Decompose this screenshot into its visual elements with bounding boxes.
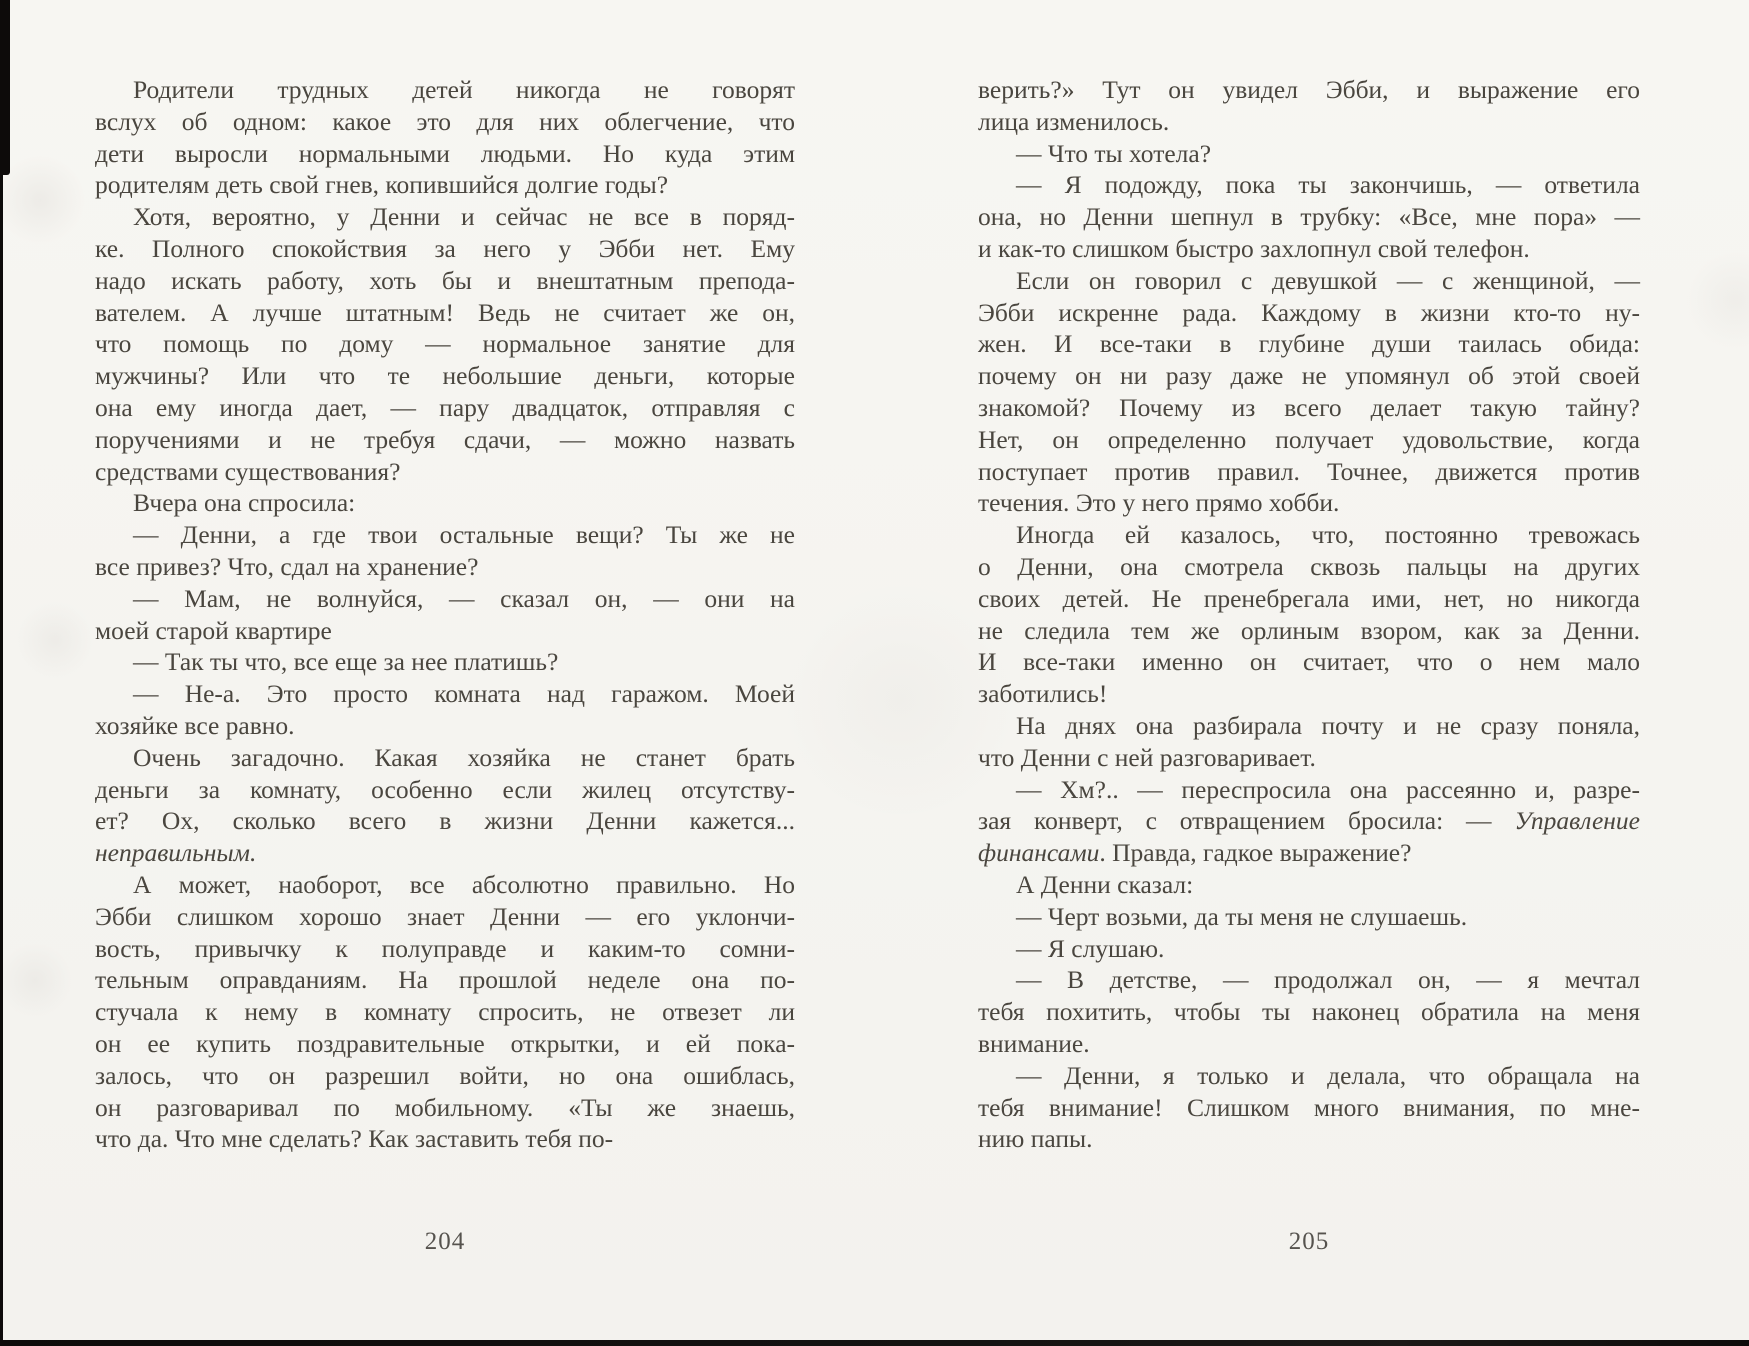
- text-line: стучала к нему в комнату спросить, не от…: [95, 996, 795, 1028]
- text-line: Эбби слишком хорошо знает Денни — его ук…: [95, 901, 795, 933]
- text-line: деньги за комнату, особенно если жилец о…: [95, 774, 795, 806]
- italic-text-run: неправильным.: [95, 838, 256, 867]
- text-run: Если он говорил с девушкой — с женщиной,…: [1016, 266, 1640, 295]
- text-run: внимание.: [978, 1029, 1090, 1058]
- text-line: вслух об одном: какое это для них облегч…: [95, 106, 795, 138]
- text-line: — Черт возьми, да ты меня не слушаешь.: [978, 901, 1640, 933]
- text-run: Эбби искренне рада. Каждому в жизни кто-…: [978, 298, 1640, 327]
- text-run: не следила тем же орлиным взором, как за…: [978, 616, 1640, 645]
- text-line: все привез? Что, сдал на хранение?: [95, 551, 795, 583]
- text-run: — Денни, я только и делала, что обращала…: [1016, 1061, 1640, 1090]
- text-line: Если он говорил с девушкой — с женщиной,…: [978, 265, 1640, 297]
- text-run: дети выросли нормальными людьми. Но куда…: [95, 139, 795, 168]
- text-line: ке. Полного спокойствия за него у Эбби н…: [95, 233, 795, 265]
- text-run: знакомой? Почему из всего делает такую т…: [978, 393, 1640, 422]
- text-run: тебя внимание! Слишком много внимания, п…: [978, 1093, 1640, 1122]
- text-line: — Хм?.. — переспросила она рассеянно и, …: [978, 774, 1640, 806]
- text-line: финансами. Правда, гадкое выражение?: [978, 837, 1640, 869]
- text-run: родителям деть свой гнев, копившийся дол…: [95, 170, 668, 199]
- text-line: почему он ни разу даже не упомянул об эт…: [978, 360, 1640, 392]
- text-run: На днях она разбирала почту и не сразу п…: [1016, 711, 1640, 740]
- text-run: — Мам, не волнуйся, — сказал он, — они н…: [133, 584, 795, 613]
- text-run: лица изменилось.: [978, 107, 1169, 136]
- text-run: Очень загадочно. Какая хозяйка не станет…: [133, 743, 795, 772]
- text-run: средствами существования?: [95, 457, 400, 486]
- text-run: — В детстве, — продолжал он, — я мечтал: [1016, 965, 1640, 994]
- text-line: Хотя, вероятно, у Денни и сейчас не все …: [95, 201, 795, 233]
- text-line: залось, что он разрешил войти, но она ош…: [95, 1060, 795, 1092]
- text-run: Хотя, вероятно, у Денни и сейчас не все …: [133, 202, 795, 231]
- page-number-left: 204: [95, 1228, 795, 1256]
- text-run: что помощь по дому — нормальное занятие …: [95, 329, 795, 358]
- text-line: что да. Что мне сделать? Как заставить т…: [95, 1123, 795, 1155]
- scan-edge-left-top: [0, 0, 10, 175]
- text-run: заботились!: [978, 679, 1107, 708]
- text-line: своих детей. Не пренебрегала ими, нет, н…: [978, 583, 1640, 615]
- text-run: о Денни, она смотрела сквозь пальцы на д…: [978, 552, 1640, 581]
- text-run: Нет, он определенно получает удовольстви…: [978, 425, 1640, 454]
- text-line: она, но Денни шепнул в трубку: «Все, мне…: [978, 201, 1640, 233]
- text-line: тебя похитить, чтобы ты наконец обратила…: [978, 996, 1640, 1028]
- text-run: течения. Это у него прямо хобби.: [978, 488, 1339, 517]
- text-line: — Так ты что, все еще за нее платишь?: [95, 646, 795, 678]
- text-run: надо искать работу, хоть бы и внештатным…: [95, 266, 795, 295]
- text-run: Вчера она спросила:: [133, 488, 355, 517]
- text-run: тельным оправданиям. На прошлой неделе о…: [95, 965, 795, 994]
- page-204: Родители трудных детей никогда не говоря…: [95, 74, 795, 1155]
- text-run: — Черт возьми, да ты меня не слушаешь.: [1016, 902, 1467, 931]
- text-run: — Я слушаю.: [1016, 934, 1164, 963]
- text-line: — Денни, а где твои остальные вещи? Ты ж…: [95, 519, 795, 551]
- text-line: дети выросли нормальными людьми. Но куда…: [95, 138, 795, 170]
- text-run: вателем. А лучше штатным! Ведь не считае…: [95, 298, 795, 327]
- text-line: Очень загадочно. Какая хозяйка не станет…: [95, 742, 795, 774]
- text-line: ет? Ох, сколько всего в жизни Денни каже…: [95, 805, 795, 837]
- text-line: надо искать работу, хоть бы и внештатным…: [95, 265, 795, 297]
- text-line: Родители трудных детей никогда не говоря…: [95, 74, 795, 106]
- text-line: средствами существования?: [95, 456, 795, 488]
- text-run: тебя похитить, чтобы ты наконец обратила…: [978, 997, 1640, 1026]
- text-run: залось, что он разрешил войти, но она ош…: [95, 1061, 795, 1090]
- text-line: моей старой квартире: [95, 615, 795, 647]
- text-run: поступает против правил. Точнее, движетс…: [978, 457, 1640, 486]
- text-line: течения. Это у него прямо хобби.: [978, 487, 1640, 519]
- text-line: Нет, он определенно получает удовольстви…: [978, 424, 1640, 456]
- text-line: — Мам, не волнуйся, — сказал он, — они н…: [95, 583, 795, 615]
- text-line: тельным оправданиям. На прошлой неделе о…: [95, 964, 795, 996]
- page-number-right: 205: [978, 1228, 1640, 1256]
- text-line: Эбби искренне рада. Каждому в жизни кто-…: [978, 297, 1640, 329]
- text-run: — Так ты что, все еще за нее платишь?: [133, 647, 558, 676]
- text-run: хозяйке все равно.: [95, 711, 295, 740]
- text-line: вость, привычку к полуправде и каким-то …: [95, 933, 795, 965]
- text-run: она ему иногда дает, — пару двадцаток, о…: [95, 393, 795, 422]
- text-run: Иногда ей казалось, что, постоянно трево…: [1016, 520, 1640, 549]
- text-line: верить?» Тут он увидел Эбби, и выражение…: [978, 74, 1640, 106]
- scan-edge-left: [0, 0, 3, 1346]
- text-run: она, но Денни шепнул в трубку: «Все, мне…: [978, 202, 1640, 231]
- text-line: — Что ты хотела?: [978, 138, 1640, 170]
- text-line: не следила тем же орлиным взором, как за…: [978, 615, 1640, 647]
- text-run: он разговаривал по мобильному. «Ты же зн…: [95, 1093, 795, 1122]
- text-line: мужчины? Или что те небольшие деньги, ко…: [95, 360, 795, 392]
- text-run: нию папы.: [978, 1124, 1093, 1153]
- text-line: он ее купить поздравительные открытки, и…: [95, 1028, 795, 1060]
- text-run: поручениями и не требуя сдачи, — можно н…: [95, 425, 795, 454]
- text-line: знакомой? Почему из всего делает такую т…: [978, 392, 1640, 424]
- italic-text-run: Управление: [1514, 806, 1640, 835]
- text-run: вость, привычку к полуправде и каким-то …: [95, 934, 795, 963]
- text-line: родителям деть свой гнев, копившийся дол…: [95, 169, 795, 201]
- text-run: Эбби слишком хорошо знает Денни — его ук…: [95, 902, 795, 931]
- text-line: хозяйке все равно.: [95, 710, 795, 742]
- text-line: И все-таки именно он считает, что о нем …: [978, 646, 1640, 678]
- text-run: мужчины? Или что те небольшие деньги, ко…: [95, 361, 795, 390]
- text-run: стучала к нему в комнату спросить, не от…: [95, 997, 795, 1026]
- text-line: — Денни, я только и делала, что обращала…: [978, 1060, 1640, 1092]
- text-line: — Я слушаю.: [978, 933, 1640, 965]
- page-205: верить?» Тут он увидел Эбби, и выражение…: [978, 74, 1640, 1155]
- text-run: — Я подожду, пока ты закончишь, — ответи…: [1016, 170, 1640, 199]
- text-run: — Что ты хотела?: [1016, 139, 1211, 168]
- text-run: вслух об одном: какое это для них облегч…: [95, 107, 795, 136]
- text-run: что Денни с ней разговаривает.: [978, 743, 1316, 772]
- text-run: зая конверт, с отвращением бросила: —: [978, 806, 1514, 835]
- text-run: почему он ни разу даже не упомянул об эт…: [978, 361, 1640, 390]
- text-line: Вчера она спросила:: [95, 487, 795, 519]
- text-line: — В детстве, — продолжал он, — я мечтал: [978, 964, 1640, 996]
- scan-edge-bottom: [0, 1340, 1749, 1346]
- text-line: лица изменилось.: [978, 106, 1640, 138]
- text-run: деньги за комнату, особенно если жилец о…: [95, 775, 795, 804]
- page-204-text: Родители трудных детей никогда не говоря…: [95, 74, 795, 1155]
- text-line: тебя внимание! Слишком много внимания, п…: [978, 1092, 1640, 1124]
- text-run: ет? Ох, сколько всего в жизни Денни каже…: [95, 806, 795, 835]
- text-run: моей старой квартире: [95, 616, 332, 645]
- text-run: . Правда, гадкое выражение?: [1099, 838, 1411, 867]
- text-line: вателем. А лучше штатным! Ведь не считае…: [95, 297, 795, 329]
- text-line: нию папы.: [978, 1123, 1640, 1155]
- text-line: что помощь по дому — нормальное занятие …: [95, 328, 795, 360]
- text-run: — Не-а. Это просто комната над гаражом. …: [133, 679, 795, 708]
- text-line: и как-то слишком быстро захлопнул свой т…: [978, 233, 1640, 265]
- text-line: внимание.: [978, 1028, 1640, 1060]
- text-line: зая конверт, с отвращением бросила: — Уп…: [978, 805, 1640, 837]
- text-line: он разговаривал по мобильному. «Ты же зн…: [95, 1092, 795, 1124]
- text-line: поступает против правил. Точнее, движетс…: [978, 456, 1640, 488]
- text-run: что да. Что мне сделать? Как заставить т…: [95, 1124, 613, 1153]
- page-205-text: верить?» Тут он увидел Эбби, и выражение…: [978, 74, 1640, 1155]
- text-run: и как-то слишком быстро захлопнул свой т…: [978, 234, 1530, 263]
- text-run: все привез? Что, сдал на хранение?: [95, 552, 478, 581]
- text-run: он ее купить поздравительные открытки, и…: [95, 1029, 795, 1058]
- text-line: жен. И все-таки в глубине души таилась о…: [978, 328, 1640, 360]
- text-line: — Я подожду, пока ты закончишь, — ответи…: [978, 169, 1640, 201]
- text-line: Иногда ей казалось, что, постоянно трево…: [978, 519, 1640, 551]
- text-run: жен. И все-таки в глубине души таилась о…: [978, 329, 1640, 358]
- italic-text-run: финансами: [978, 838, 1099, 867]
- text-run: верить?» Тут он увидел Эбби, и выражение…: [978, 75, 1640, 104]
- text-line: что Денни с ней разговаривает.: [978, 742, 1640, 774]
- text-line: о Денни, она смотрела сквозь пальцы на д…: [978, 551, 1640, 583]
- text-line: она ему иногда дает, — пару двадцаток, о…: [95, 392, 795, 424]
- text-line: поручениями и не требуя сдачи, — можно н…: [95, 424, 795, 456]
- text-line: — Не-а. Это просто комната над гаражом. …: [95, 678, 795, 710]
- text-run: — Хм?.. — переспросила она рассеянно и, …: [1016, 775, 1640, 804]
- text-run: И все-таки именно он считает, что о нем …: [978, 647, 1640, 676]
- text-run: А Денни сказал:: [1016, 870, 1193, 899]
- text-run: А может, наоборот, все абсолютно правиль…: [133, 870, 795, 899]
- text-line: А может, наоборот, все абсолютно правиль…: [95, 869, 795, 901]
- text-run: Родители трудных детей никогда не говоря…: [133, 75, 795, 104]
- text-run: своих детей. Не пренебрегала ими, нет, н…: [978, 584, 1640, 613]
- text-line: неправильным.: [95, 837, 795, 869]
- text-line: На днях она разбирала почту и не сразу п…: [978, 710, 1640, 742]
- text-run: — Денни, а где твои остальные вещи? Ты ж…: [133, 520, 795, 549]
- text-run: ке. Полного спокойствия за него у Эбби н…: [95, 234, 795, 263]
- text-line: А Денни сказал:: [978, 869, 1640, 901]
- text-line: заботились!: [978, 678, 1640, 710]
